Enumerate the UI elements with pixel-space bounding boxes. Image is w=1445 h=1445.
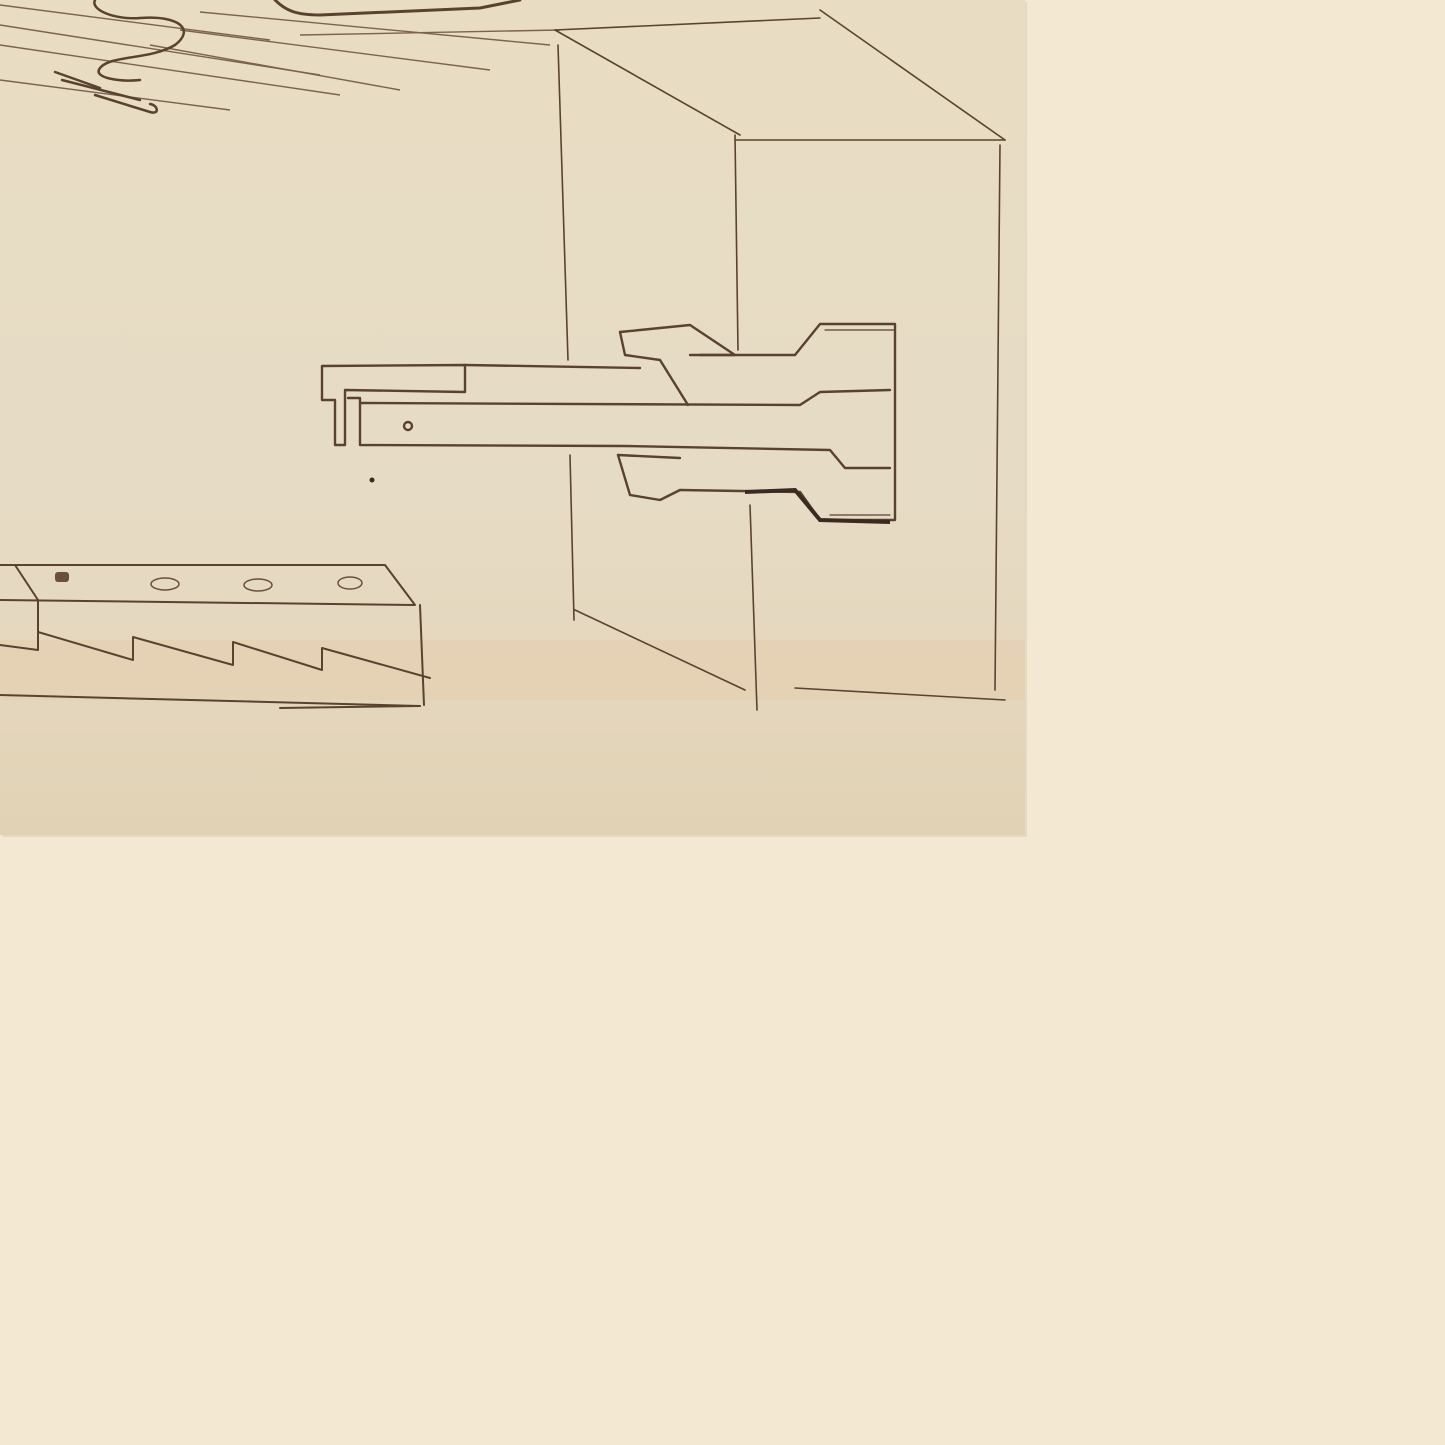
hatching-lines <box>0 5 560 110</box>
ratchet-bar <box>0 565 430 708</box>
rosettes <box>55 572 362 591</box>
ink-drawing <box>0 0 1445 1445</box>
frame-lines <box>555 10 1005 710</box>
bolt-mechanism <box>322 324 895 520</box>
